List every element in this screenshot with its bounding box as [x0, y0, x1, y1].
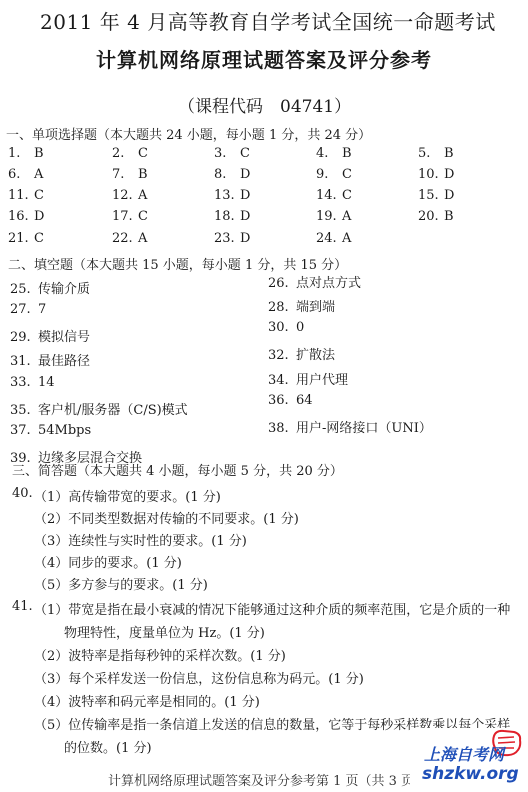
answer-letter: A: [342, 231, 351, 246]
answer-letter: A: [138, 188, 147, 203]
question-number: 15.: [418, 188, 444, 203]
mc-answer: 12.A: [112, 188, 147, 203]
answer-letter: D: [444, 188, 454, 203]
mc-answer: 13.D: [214, 188, 250, 203]
question-number: 11.: [8, 188, 34, 203]
question-number: 5.: [418, 146, 444, 161]
answer-letter: B: [444, 209, 454, 224]
answer-text: 7: [38, 302, 46, 317]
q40-item-4: （4）同步的要求。(1 分): [34, 552, 182, 571]
answer-letter: C: [342, 167, 352, 182]
q41-item-1-line2: 物理特性，度量单位为 Hz。(1 分): [64, 622, 265, 641]
answer-letter: A: [342, 209, 351, 224]
q40-item-1: （1）高传输带宽的要求。(1 分): [34, 486, 221, 505]
mc-answer: 3.C: [214, 146, 250, 161]
mc-answer: 22.A: [112, 231, 147, 246]
question-number: 20.: [418, 209, 444, 224]
question-number: 8.: [214, 167, 240, 182]
mc-answer: 15.D: [418, 188, 454, 203]
mc-answer: 19.A: [316, 209, 351, 224]
answer-text: 最佳路径: [38, 354, 90, 369]
answer-letter: C: [240, 146, 250, 161]
answer-text: 客户机/服务器（C/S)模式: [38, 403, 188, 418]
answer-text: 扩散法: [296, 348, 335, 363]
mc-answer: 1.B: [8, 146, 44, 161]
mc-answer: 17.C: [112, 209, 148, 224]
question-number: 14.: [316, 188, 342, 203]
exam-title: 2011 年 4 月高等教育自学考试全国统一命题考试: [40, 6, 496, 35]
question-number: 38.: [268, 421, 296, 436]
fill-answer: 36.64: [268, 393, 313, 408]
page-footer: 计算机网络原理试题答案及评分参考第 1 页（共 3 页）: [108, 770, 427, 789]
question-number: 6.: [8, 167, 34, 182]
answer-text: 64: [296, 393, 313, 408]
watermark-en: shzkw.org: [422, 764, 519, 784]
q41-item-3: （3）每个采样发送一份信息，这份信息称为码元。(1 分): [34, 668, 364, 687]
q41-number: 41.: [12, 599, 33, 614]
answer-letter: D: [240, 167, 250, 182]
question-number: 23.: [214, 231, 240, 246]
mc-answer: 6.A: [8, 167, 43, 182]
answer-text: 14: [38, 375, 55, 390]
answer-letter: D: [34, 209, 44, 224]
q41-item-5-line2: 的位数。(1 分): [64, 737, 152, 756]
answer-text: 用户-网络接口（UNI）: [296, 421, 432, 436]
question-number: 16.: [8, 209, 34, 224]
answer-letter: B: [342, 146, 352, 161]
question-number: 10.: [418, 167, 444, 182]
question-number: 28.: [268, 300, 296, 315]
answer-letter: B: [444, 146, 454, 161]
question-number: 29.: [10, 330, 38, 345]
mc-answer: 7.B: [112, 167, 148, 182]
answer-text: 传输介质: [38, 282, 90, 297]
answer-letter: C: [138, 146, 148, 161]
answer-letter: D: [444, 167, 454, 182]
fill-answer: 37.54Mbps: [10, 423, 91, 438]
fill-answer: 27.7: [10, 302, 46, 317]
answer-text: 54Mbps: [38, 423, 91, 438]
answer-text: 点对点方式: [296, 276, 361, 291]
course-code: （课程代码 04741）: [178, 92, 351, 117]
fill-answer: 32.扩散法: [268, 344, 335, 363]
fill-answer: 34.用户代理: [268, 369, 348, 388]
mc-answer: 11.C: [8, 188, 44, 203]
question-number: 36.: [268, 393, 296, 408]
mc-answer: 10.D: [418, 167, 454, 182]
question-number: 4.: [316, 146, 342, 161]
q41-item-2: （2）波特率是指每秒钟的采样次数。(1 分): [34, 645, 286, 664]
fill-answer: 30.0: [268, 320, 304, 335]
question-number: 12.: [112, 188, 138, 203]
question-number: 2.: [112, 146, 138, 161]
question-number: 13.: [214, 188, 240, 203]
fill-answer: 26.点对点方式: [268, 272, 361, 291]
question-number: 30.: [268, 320, 296, 335]
mc-answer: 5.B: [418, 146, 454, 161]
answer-text: 模拟信号: [38, 330, 90, 345]
fill-answer: 38.用户-网络接口（UNI）: [268, 417, 432, 436]
question-number: 19.: [316, 209, 342, 224]
q41-item-1-line1: （1）带宽是指在最小衰减的情况下能够通过这种介质的频率范围，它是介质的一种: [34, 599, 510, 618]
answer-letter: D: [240, 231, 250, 246]
question-number: 3.: [214, 146, 240, 161]
question-number: 7.: [112, 167, 138, 182]
question-number: 34.: [268, 373, 296, 388]
mc-answer: 8.D: [214, 167, 250, 182]
answer-letter: D: [240, 209, 250, 224]
section3-heading: 三、简答题（本大题共 4 小题，每小题 5 分，共 20 分）: [12, 460, 343, 479]
mc-answer: 21.C: [8, 231, 44, 246]
q40-item-5: （5）多方参与的要求。(1 分): [34, 574, 208, 593]
answer-letter: C: [34, 231, 44, 246]
answer-letter: A: [34, 167, 43, 182]
question-number: 27.: [10, 302, 38, 317]
question-number: 35.: [10, 403, 38, 418]
mc-answer: 9.C: [316, 167, 352, 182]
answer-letter: D: [240, 188, 250, 203]
fill-answer: 25.传输介质: [10, 278, 90, 297]
question-number: 17.: [112, 209, 138, 224]
watermark-logo: 上海自考网 shzkw.org: [410, 728, 528, 792]
fill-answer: 31.最佳路径: [10, 350, 90, 369]
q41-item-4: （4）波特率和码元率是相同的。(1 分): [34, 691, 260, 710]
question-number: 25.: [10, 282, 38, 297]
fill-answer: 33.14: [10, 375, 55, 390]
answer-letter: B: [34, 146, 44, 161]
question-number: 24.: [316, 231, 342, 246]
mc-answer: 16.D: [8, 209, 44, 224]
answer-letter: B: [138, 167, 148, 182]
q40-item-3: （3）连续性与实时性的要求。(1 分): [34, 530, 247, 549]
answer-text: 0: [296, 320, 304, 335]
question-number: 18.: [214, 209, 240, 224]
answer-text: 用户代理: [296, 373, 348, 388]
answer-letter: C: [342, 188, 352, 203]
question-number: 9.: [316, 167, 342, 182]
question-number: 31.: [10, 354, 38, 369]
fill-answer: 35.客户机/服务器（C/S)模式: [10, 399, 188, 418]
section2-heading: 二、填空题（本大题共 15 小题，每小题 1 分，共 15 分）: [8, 254, 347, 273]
mc-answer: 2.C: [112, 146, 148, 161]
question-number: 21.: [8, 231, 34, 246]
watermark-cn: 上海自考网: [424, 742, 504, 765]
q40-number: 40.: [12, 486, 33, 501]
mc-answer: 24.A: [316, 231, 351, 246]
question-number: 26.: [268, 276, 296, 291]
question-number: 22.: [112, 231, 138, 246]
fill-answer: 29.模拟信号: [10, 326, 90, 345]
mc-answer: 23.D: [214, 231, 250, 246]
mc-answer: 18.D: [214, 209, 250, 224]
mc-answer: 20.B: [418, 209, 454, 224]
answer-letter: C: [34, 188, 44, 203]
answer-text: 端到端: [296, 300, 335, 315]
section1-heading: 一、单项选择题（本大题共 24 小题，每小题 1 分，共 24 分）: [6, 124, 371, 143]
answer-letter: A: [138, 231, 147, 246]
question-number: 33.: [10, 375, 38, 390]
fill-answer: 28.端到端: [268, 296, 335, 315]
answer-letter: C: [138, 209, 148, 224]
mc-answer: 14.C: [316, 188, 352, 203]
mc-answer: 4.B: [316, 146, 352, 161]
q40-item-2: （2）不同类型数据对传输的不同要求。(1 分): [34, 508, 299, 527]
document-title: 计算机网络原理试题答案及评分参考: [96, 44, 432, 73]
question-number: 37.: [10, 423, 38, 438]
question-number: 1.: [8, 146, 34, 161]
question-number: 32.: [268, 348, 296, 363]
